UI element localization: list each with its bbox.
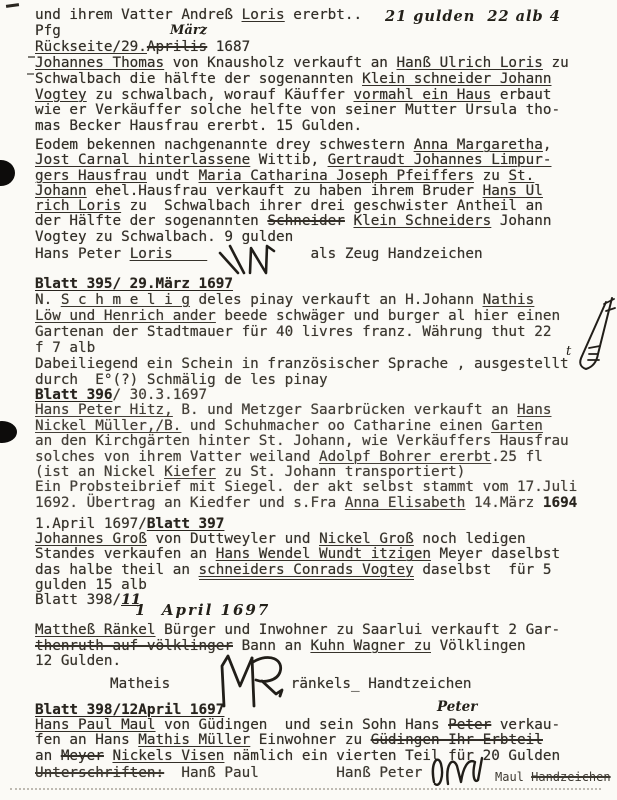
entry-block-eodem: Eodem bekennen nachgenannte drey schwest…: [35, 138, 551, 245]
loris-handzeichen-monogram-icon: [218, 243, 296, 277]
doc-line: Hans Peter Hitz, B. und Metzger Saarbrüc…: [35, 403, 577, 418]
entry-block-blatt-395: Blatt 395/ 29.März 1697N. S c h m e l i …: [35, 276, 569, 388]
doc-line: gulden 15 alb: [35, 578, 560, 593]
scanned-document-page: und ihrem Vatter Andreß Loris ererbt..Pf…: [0, 0, 617, 800]
doc-line: solches von ihrem Vatter weiland Adolpf …: [35, 450, 577, 465]
doc-line: Mattheß Ränkel Bürger und Inwohner zu Sa…: [35, 623, 560, 638]
doc-line: 1.April 1697/Blatt 397: [35, 517, 560, 532]
doc-line: Unterschriften: Hanß Paul Hanß Peter: [35, 766, 422, 782]
doc-line: Standes verkaufen an Hans Wendel Wundt i…: [35, 547, 560, 562]
doc-line: durch E°(?) Schmälig de les pinay: [35, 372, 569, 388]
doc-line: Gartenan der Stadtmauer für 40 livres fr…: [35, 324, 569, 340]
handwritten-maerz-correction: März: [170, 23, 207, 38]
scan-smudge: [28, 56, 35, 58]
doc-line: Löw und Henrich ander beede schwäger und…: [35, 308, 569, 324]
scan-smudge: [6, 3, 19, 8]
margin-annotation-doodle-icon: [576, 296, 617, 380]
doc-line: Pfg: [35, 24, 569, 40]
doc-line: Johannes Thomas von Knausholz verkauft a…: [35, 56, 569, 72]
stray-pen-mark-t: t: [566, 344, 571, 359]
doc-line: Vogtey zu schwalbach, worauf Käuffer vor…: [35, 88, 569, 104]
doc-line: 1692. Übertrag an Kiedfer und s.Fra Anna…: [35, 496, 577, 511]
doc-line: Ein Probsteibrief mit Siegel. der akt se…: [35, 480, 577, 495]
maul-handzeichen-label: Maul Handzeichen: [495, 770, 611, 784]
doc-line: mas Becker Hausfrau ererbt. 15 Gulden.: [35, 119, 569, 135]
doc-line: N. S c h m e l i g deles pinay verkauft …: [35, 292, 569, 308]
doc-line: Nickel Müller,/B. und Schuhmacher oo Cat…: [35, 419, 577, 434]
doc-line: Johannes Groß von Duttweyler und Nickel …: [35, 532, 560, 547]
mr-monogram-icon: [218, 652, 298, 710]
handwritten-gulden-note: 21 gulden 22 alb 4: [385, 8, 561, 25]
doc-line: fen an Hans Mathis Müller Einwohner zu G…: [35, 733, 560, 748]
entry-block-blatt-397-398: 1.April 1697/Blatt 397Johannes Groß von …: [35, 517, 560, 669]
doc-line: Hans Paul Maul von Güdingen und sein Soh…: [35, 718, 560, 733]
doc-line: Schwalbach die hälfte der sogenannten Kl…: [35, 72, 569, 88]
handwritten-peter-correction: Peter: [437, 699, 477, 715]
doc-line: [35, 608, 560, 623]
hole-punch-mark: [0, 160, 15, 186]
doc-line: gers Hausfrau undt Maria Catharina Josep…: [35, 169, 551, 184]
doc-line: f 7 alb: [35, 340, 569, 356]
doc-line: Blatt 396/ 30.3.1697: [35, 388, 577, 403]
doc-line: Blatt 398/11: [35, 593, 560, 608]
doc-line: Blatt 395/ 29.März 1697: [35, 276, 569, 292]
doc-line: Jost Carnal hinterlassene Wittib, Gertra…: [35, 153, 551, 168]
doc-line: an den Kirchgärten hinter St. Johann, wi…: [35, 434, 577, 449]
doc-line: (ist an Nickel Kiefer zu St. Johann tran…: [35, 465, 577, 480]
doc-line: rich Loris zu Schwalbach ihrer drei gesc…: [35, 199, 551, 214]
doc-line: Dabeiliegend ein Schein in französischer…: [35, 356, 569, 372]
scan-smudge: [27, 73, 34, 75]
doc-line: Johann ehel.Hausfrau verkauft zu haben i…: [35, 184, 551, 199]
doc-line: wie er Verkäuffer solche helfte von sein…: [35, 103, 569, 119]
doc-line: der Hälfte der sogenannten Schneider Kle…: [35, 214, 551, 229]
doc-line: Rückseite/29.Aprilis 1687: [35, 40, 569, 56]
signature-line-unterschriften: Unterschriften: Hanß Paul Hanß Peter: [35, 766, 422, 782]
entry-block-rueckseite: und ihrem Vatter Andreß Loris ererbt..Pf…: [35, 8, 569, 135]
hole-punch-mark: [0, 421, 17, 443]
doc-line: das halbe theil an schneiders Conrads Vo…: [35, 563, 560, 578]
entry-block-blatt-396: Blatt 396/ 30.3.1697Hans Peter Hitz, B. …: [35, 388, 577, 511]
handwritten-april-date: 1 April 1697: [135, 601, 270, 619]
scan-dotted-line: [10, 788, 601, 790]
doc-line: Eodem bekennen nachgenannte drey schwest…: [35, 138, 551, 153]
